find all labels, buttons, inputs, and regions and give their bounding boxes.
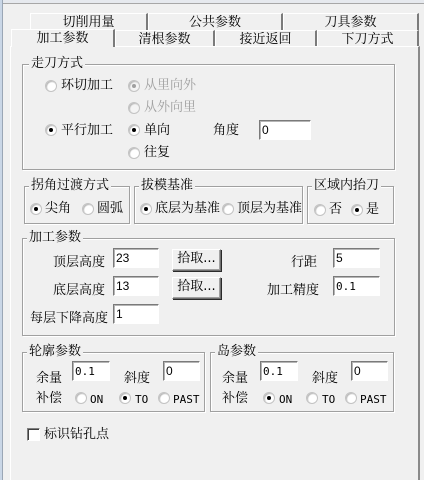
contour-to-label: TO bbox=[135, 392, 148, 408]
bottom-height-label: 底层高度 bbox=[53, 283, 105, 299]
step-down-input[interactable] bbox=[113, 304, 159, 324]
window-left-border bbox=[0, 0, 3, 480]
inside-out-label: 从里向外 bbox=[144, 78, 196, 94]
contour-past-label: PAST bbox=[173, 392, 200, 408]
contour-allowance-label: 余量 bbox=[36, 371, 62, 387]
tab-machining-params[interactable]: 加工参数 bbox=[11, 29, 115, 47]
lift-yes-radio[interactable] bbox=[351, 204, 363, 216]
lift-yes-label: 是 bbox=[366, 202, 379, 218]
top-reference-radio[interactable] bbox=[222, 203, 234, 215]
draft-reference-title: 拔模基准 bbox=[139, 178, 195, 194]
lift-no-radio[interactable] bbox=[314, 204, 326, 216]
dialog-window: 切削用量 公共参数 刀具参数 加工参数 清根参数 接近返回 下刀方式 走刀方式 … bbox=[0, 0, 424, 480]
angle-label: 角度 bbox=[213, 123, 239, 139]
top-height-input[interactable] bbox=[113, 248, 159, 268]
tab-tool-params[interactable]: 刀具参数 bbox=[283, 13, 419, 31]
one-way-label: 单向 bbox=[144, 123, 170, 139]
island-compensation-label: 补偿 bbox=[222, 391, 248, 407]
inside-out-radio[interactable] bbox=[128, 80, 140, 92]
pick-bottom-height-button[interactable]: 拾取... bbox=[172, 277, 221, 299]
parallel-cut-radio[interactable] bbox=[45, 124, 57, 136]
sharp-corner-label: 尖角 bbox=[45, 201, 71, 217]
angle-input[interactable] bbox=[259, 120, 311, 140]
one-way-radio[interactable] bbox=[128, 124, 140, 136]
contour-compensation-label: 补偿 bbox=[36, 391, 62, 407]
island-allowance-input[interactable] bbox=[260, 361, 298, 381]
contour-slope-input[interactable] bbox=[163, 361, 200, 381]
precision-input[interactable] bbox=[333, 276, 380, 296]
contour-params-title: 轮廓参数 bbox=[27, 344, 83, 360]
step-down-label: 每层下降高度 bbox=[30, 311, 108, 327]
row-spacing-input[interactable] bbox=[333, 248, 380, 268]
island-allowance-label: 余量 bbox=[222, 371, 248, 387]
mark-drill-points-checkbox[interactable] bbox=[27, 428, 40, 441]
island-past-label: PAST bbox=[360, 392, 387, 408]
tab-common-params[interactable]: 公共参数 bbox=[148, 13, 283, 31]
island-slope-input[interactable] bbox=[351, 361, 388, 381]
sharp-corner-radio[interactable] bbox=[30, 203, 42, 215]
contour-on-label: ON bbox=[90, 392, 103, 408]
top-reference-label: 顶层为基准 bbox=[237, 201, 302, 217]
contour-slope-label: 斜度 bbox=[124, 371, 150, 387]
arc-corner-radio[interactable] bbox=[82, 203, 94, 215]
zigzag-radio[interactable] bbox=[128, 147, 140, 159]
ring-cut-label: 环切加工 bbox=[61, 78, 113, 94]
island-to-label: TO bbox=[322, 392, 335, 408]
machining-params-title: 加工参数 bbox=[27, 230, 83, 246]
window-top-border bbox=[0, 0, 424, 4]
island-on-radio[interactable] bbox=[263, 392, 275, 404]
arc-corner-label: 圆弧 bbox=[97, 201, 123, 217]
outside-in-radio[interactable] bbox=[128, 102, 140, 114]
lift-in-region-title: 区域内抬刀 bbox=[312, 178, 381, 194]
island-on-label: ON bbox=[279, 392, 292, 408]
island-slope-label: 斜度 bbox=[312, 371, 338, 387]
bottom-reference-label: 底层为基准 bbox=[155, 201, 220, 217]
parallel-cut-label: 平行加工 bbox=[61, 123, 113, 139]
contour-on-radio[interactable] bbox=[75, 392, 87, 404]
island-to-radio[interactable] bbox=[306, 392, 318, 404]
contour-allowance-input[interactable] bbox=[72, 361, 110, 381]
precision-label: 加工精度 bbox=[267, 283, 319, 299]
bottom-height-input[interactable] bbox=[113, 276, 159, 296]
outside-in-label: 从外向里 bbox=[144, 100, 196, 116]
island-past-radio[interactable] bbox=[345, 392, 357, 404]
zigzag-label: 往复 bbox=[144, 145, 170, 161]
mark-drill-points-label: 标识钻孔点 bbox=[44, 427, 109, 443]
cut-mode-title: 走刀方式 bbox=[29, 56, 85, 72]
top-height-label: 顶层高度 bbox=[53, 255, 105, 271]
bottom-reference-radio[interactable] bbox=[140, 203, 152, 215]
corner-transition-title: 拐角过渡方式 bbox=[29, 178, 111, 194]
island-params-title: 岛参数 bbox=[215, 344, 258, 360]
pick-top-height-button[interactable]: 拾取... bbox=[172, 249, 221, 271]
ring-cut-radio[interactable] bbox=[45, 80, 57, 92]
lift-no-label: 否 bbox=[329, 202, 342, 218]
row-spacing-label: 行距 bbox=[291, 255, 317, 271]
contour-to-radio[interactable] bbox=[119, 392, 131, 404]
contour-past-radio[interactable] bbox=[158, 392, 170, 404]
